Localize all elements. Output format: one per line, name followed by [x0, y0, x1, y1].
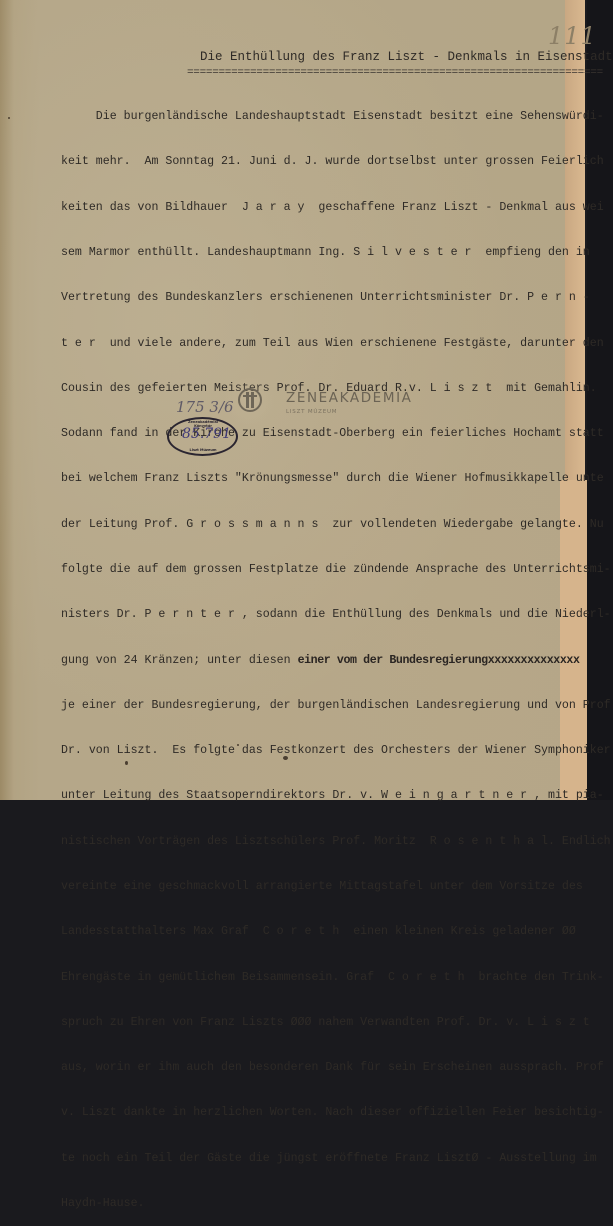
body-line: Vertretung des Bundeskanzlers erschienen…	[61, 290, 611, 305]
pencil-reference: 175 3/6	[176, 398, 234, 416]
body-line: der Leitung Prof. G r o s s m a n n s zu…	[61, 517, 611, 532]
body-line: Dr. von Liszt. Es folgte das Festkonzert…	[61, 743, 611, 758]
struck-out-text: einer vom der Bundesregierungxxxxxxxxxxx…	[298, 654, 580, 667]
body-line: je einer der Bundesregierung, der burgen…	[61, 698, 611, 713]
document-title: Die Enthüllung des Franz Liszt - Denkmal…	[200, 50, 613, 65]
body-line: nisters Dr. P e r n t e r , sodann die E…	[61, 607, 611, 622]
body-line: t e r und viele andere, zum Teil aus Wie…	[61, 336, 611, 351]
museum-name: ZENEAKADÉMIA	[286, 390, 412, 406]
body-line: keit mehr. Am Sonntag 21. Juni d. J. wur…	[61, 154, 611, 169]
stamp-bottom-text: Liszt Múzeum	[186, 448, 220, 452]
paper-speck	[283, 756, 288, 760]
body-line: Die burgenländische Landeshauptstadt Eis…	[61, 109, 611, 124]
museum-logo-icon	[238, 388, 262, 412]
body-line: Sodann fand in der Kirche zu Eisenstadt-…	[61, 426, 611, 441]
museum-subtitle: LISZT MÚZEUM	[286, 409, 337, 415]
museum-logo-bar	[243, 395, 257, 397]
paper-speck	[8, 117, 10, 119]
body-line: folgte die auf dem grossen Festplatze di…	[61, 562, 611, 577]
paper-speck	[237, 744, 239, 746]
document-body: Die burgenländische Landeshauptstadt Eis…	[61, 79, 611, 800]
body-line: keiten das von Bildhauer J a r a y gesch…	[61, 200, 611, 215]
stamp-inventory-number: 85.791	[182, 426, 231, 442]
paper-speck	[125, 761, 128, 765]
body-line-text: gung von 24 Kränzen; unter diesen	[61, 654, 298, 667]
body-line-with-strikeout: gung von 24 Kränzen; unter diesen einer …	[61, 653, 611, 668]
body-line: bei welchem Franz Liszts "Krönungsmesse"…	[61, 471, 611, 486]
body-line: sem Marmor enthüllt. Landeshauptmann Ing…	[61, 245, 611, 260]
body-line: unter Leitung des Staatsoperndirektors D…	[61, 788, 611, 800]
folio-number: 111	[548, 22, 597, 50]
